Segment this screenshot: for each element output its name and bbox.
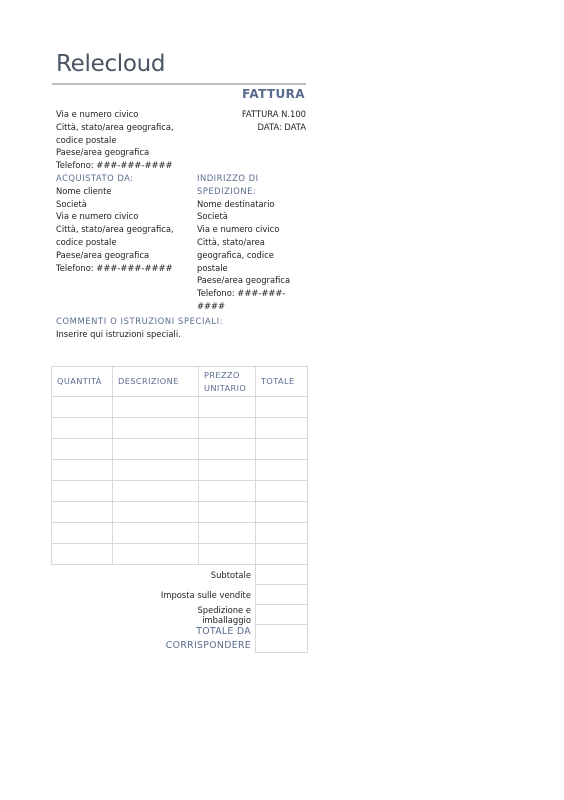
table-row [52,523,308,544]
ship-to-city-line2: geografica, codice postale [197,249,307,275]
total-cell[interactable] [256,439,308,460]
bill-to-country: Paese/area geografica [56,249,188,262]
grand-total-label-line2: CORRISPONDERE [150,639,251,653]
ship-to-country: Paese/area geografica [197,274,307,287]
description-cell[interactable] [113,397,199,418]
tax-label: Imposta sulle vendite [150,585,256,605]
bill-to-postal: codice postale [56,236,188,249]
subtotal-label: Subtotale [150,565,256,585]
grand-total-label-line1: TOTALE DA [150,625,251,639]
bill-to-phone: Telefono: ###-###-#### [56,262,188,275]
table-row [52,397,308,418]
ship-to-street: Via e numero civico [197,223,307,236]
table-row [52,544,308,565]
unit-price-line1: PREZZO [204,369,255,382]
invoice-number: FATTURA N.100 [242,108,306,121]
ship-to-name: Nome destinatario [197,198,307,211]
ship-to-company: Società [197,210,307,223]
line-items-body [52,397,308,565]
tax-row: Imposta sulle vendite [150,585,308,605]
bill-to-company: Società [56,198,188,211]
bill-to-label: ACQUISTATO DA: [56,172,188,185]
total-cell[interactable] [256,397,308,418]
unit-price-cell[interactable] [199,439,256,460]
bill-to-block: ACQUISTATO DA: Nome cliente Società Via … [56,172,188,274]
description-cell[interactable] [113,523,199,544]
unit-price-cell[interactable] [199,397,256,418]
header-divider [52,83,306,85]
table-row [52,481,308,502]
description-cell[interactable] [113,502,199,523]
unit-price-cell[interactable] [199,418,256,439]
column-header-quantity: QUANTITÀ [52,367,113,397]
comments-text[interactable]: Inserire qui istruzioni speciali. [56,328,306,341]
table-header-row: QUANTITÀ DESCRIZIONE PREZZO UNITARIO TOT… [52,367,308,397]
bill-to-street: Via e numero civico [56,210,188,223]
quantity-cell[interactable] [52,523,113,544]
column-header-description: DESCRIZIONE [113,367,199,397]
shipping-value[interactable] [256,605,308,625]
grand-total-label: TOTALE DA CORRISPONDERE [150,625,256,653]
grand-total-value[interactable] [256,625,308,653]
unit-price-cell[interactable] [199,523,256,544]
subtotal-row: Subtotale [150,565,308,585]
ship-to-label-line1: INDIRIZZO DI [197,172,307,185]
sender-phone: Telefono: ###-###-#### [56,159,196,172]
description-cell[interactable] [113,439,199,460]
invoice-date: DATA: DATA [242,121,306,134]
ship-to-phone-line1: Telefono: ###-###- [197,287,307,300]
table-row [52,502,308,523]
unit-price-line2: UNITARIO [204,382,255,395]
table-row [52,418,308,439]
ship-to-city-line1: Città, stato/area [197,236,307,249]
table-row [52,439,308,460]
invoice-meta: FATTURA N.100 DATA: DATA [242,108,306,134]
comments-label: COMMENTI O ISTRUZIONI SPECIALI: [56,315,306,328]
unit-price-cell[interactable] [199,460,256,481]
quantity-cell[interactable] [52,544,113,565]
quantity-cell[interactable] [52,418,113,439]
tax-value[interactable] [256,585,308,605]
unit-price-cell[interactable] [199,502,256,523]
unit-price-cell[interactable] [199,544,256,565]
description-cell[interactable] [113,544,199,565]
shipping-row: Spedizione e imballaggio [150,605,308,625]
comments-block: COMMENTI O ISTRUZIONI SPECIALI: Inserire… [56,315,306,341]
unit-price-cell[interactable] [199,481,256,502]
sender-country: Paese/area geografica [56,146,196,159]
quantity-cell[interactable] [52,481,113,502]
total-cell[interactable] [256,523,308,544]
sender-address: Via e numero civico Città, stato/area ge… [56,108,196,172]
ship-to-phone-line2: #### [197,300,307,313]
grand-total-row: TOTALE DA CORRISPONDERE [150,625,308,653]
column-header-total: TOTALE [256,367,308,397]
shipping-label: Spedizione e imballaggio [150,605,256,625]
sender-city: Città, stato/area geografica, [56,121,196,134]
quantity-cell[interactable] [52,397,113,418]
total-cell[interactable] [256,544,308,565]
quantity-cell[interactable] [52,502,113,523]
table-row [52,460,308,481]
sender-postal: codice postale [56,134,196,147]
ship-to-label-line2: SPEDIZIONE: [197,185,307,198]
description-cell[interactable] [113,481,199,502]
total-cell[interactable] [256,481,308,502]
bill-to-city: Città, stato/area geografica, [56,223,188,236]
bill-to-name: Nome cliente [56,185,188,198]
column-header-unit-price: PREZZO UNITARIO [199,367,256,397]
ship-to-block: INDIRIZZO DI SPEDIZIONE: Nome destinatar… [197,172,307,313]
total-cell[interactable] [256,502,308,523]
line-items-table: QUANTITÀ DESCRIZIONE PREZZO UNITARIO TOT… [51,366,308,565]
document-title: FATTURA [242,87,305,101]
invoice-page: Relecloud FATTURA Via e numero civico Ci… [0,0,564,800]
quantity-cell[interactable] [52,439,113,460]
description-cell[interactable] [113,418,199,439]
total-cell[interactable] [256,418,308,439]
quantity-cell[interactable] [52,460,113,481]
description-cell[interactable] [113,460,199,481]
sender-street: Via e numero civico [56,108,196,121]
totals-table: Subtotale Imposta sulle vendite Spedizio… [150,564,308,653]
total-cell[interactable] [256,460,308,481]
company-name: Relecloud [56,51,165,77]
subtotal-value[interactable] [256,565,308,585]
